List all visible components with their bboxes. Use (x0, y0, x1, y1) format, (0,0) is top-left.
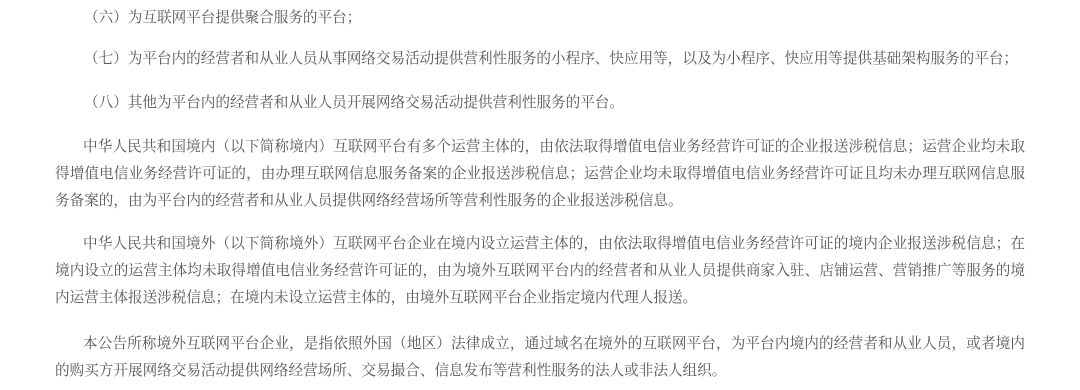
paragraph-foreign-platform: 中华人民共和国境外（以下简称境外）互联网平台企业在境内设立运营主体的，由依法取得… (55, 230, 1025, 311)
list-item-6: （六）为互联网平台提供聚合服务的平台； (84, 6, 361, 27)
list-item-8: （八）其他为平台内的经营者和从业人员开展网络交易活动提供营利性服务的平台。 (84, 91, 624, 112)
paragraph-definition: 本公告所称境外互联网平台企业，是指依照外国（地区）法律成立，通过域名在境外的互联… (55, 330, 1025, 384)
list-item-7: （七）为平台内的经营者和从业人员从事网络交易活动提供营利性服务的小程序、快应用等… (84, 47, 1018, 68)
paragraph-domestic-platform: 中华人民共和国境内（以下简称境内）互联网平台有多个运营主体的，由依法取得增值电信… (55, 133, 1025, 214)
